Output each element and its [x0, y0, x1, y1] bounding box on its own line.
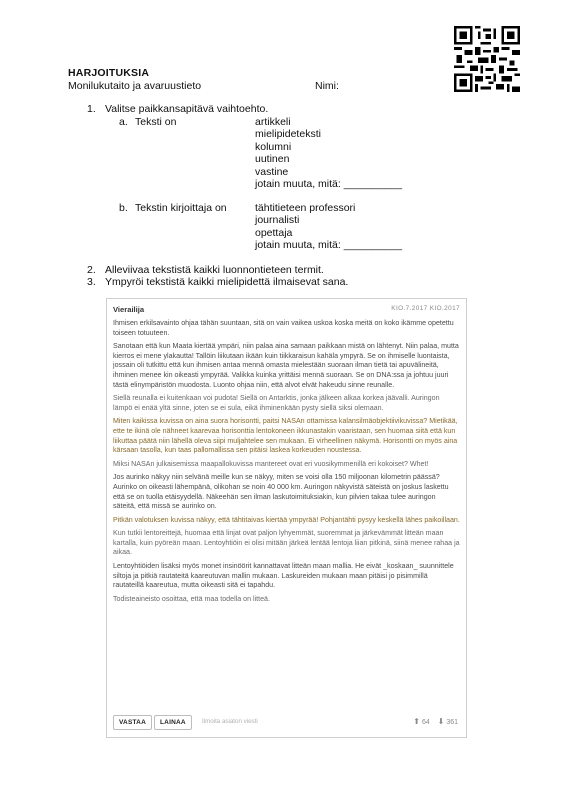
worksheet-title: HARJOITUKSIA [68, 67, 149, 79]
option[interactable]: kolumni [255, 141, 402, 153]
question-text: Ympyröi tekstistä kaikki mielipidettä il… [105, 276, 348, 288]
option-other[interactable]: jotain muuta, mitä: __________ [255, 239, 402, 251]
post-paragraph: Jos aurinko näkyy niin selvänä meille ku… [113, 473, 460, 511]
post-paragraph: Miten kaikissa kuvissa on aina suora hor… [113, 417, 460, 455]
post-paragraph: Siellä reunalla ei kuitenkaan voi pudota… [113, 394, 460, 413]
report-link[interactable]: Ilmoita asiaton viesti [202, 718, 258, 725]
forum-post: Vierailija KIO.7.2017 KIO.2017 Ihmisen e… [106, 298, 467, 738]
option[interactable]: tähtitieteen professori [255, 202, 402, 214]
option-other[interactable]: jotain muuta, mitä: __________ [255, 178, 402, 190]
question-number: 1. [87, 103, 96, 115]
post-header: Vierailija KIO.7.2017 KIO.2017 [113, 305, 460, 317]
question-text: Valitse paikkansapitävä vaihtoehto. [105, 103, 268, 115]
arrow-up-icon[interactable]: ⬆ [413, 717, 420, 726]
question-text: Alleviivaa tekstistä kaikki luonnontiete… [105, 264, 324, 276]
reply-button[interactable]: VASTAA [113, 715, 152, 730]
part-label: Teksti on [135, 116, 176, 128]
qr-code-icon [454, 26, 520, 92]
question-1a-options: artikkeli mielipideteksti kolumni uutine… [255, 116, 402, 190]
vote-counts: ⬆64 ⬇361 [411, 717, 458, 726]
post-timestamp: KIO.7.2017 KIO.2017 [391, 305, 460, 312]
option[interactable]: artikkeli [255, 116, 402, 128]
post-paragraph: Miksi NASAn julkaisemissa maapallokuviss… [113, 460, 460, 470]
post-author: Vierailija [113, 305, 144, 314]
option[interactable]: opettaja [255, 227, 402, 239]
post-paragraph: Lentoyhtiöiden lisäksi myös monet insinö… [113, 562, 460, 591]
post-paragraph: Sanotaan että kun Maata kiertää ympäri, … [113, 342, 460, 390]
upvote-count: 64 [422, 719, 430, 726]
question-number: 2. [87, 264, 96, 276]
part-letter: a. [119, 116, 128, 128]
post-paragraph: Kun tutkii lentoreittejä, huomaa että li… [113, 529, 460, 558]
part-letter: b. [119, 202, 128, 214]
question-number: 3. [87, 276, 96, 288]
post-paragraph: Ihmisen erkilsavainto ohjaa tähän suunta… [113, 319, 460, 338]
post-paragraph: Pitkän valotuksen kuvissa näkyy, että tä… [113, 516, 460, 526]
post-footer: VASTAA LAINAA Ilmoita asiaton viesti ⬆64… [113, 715, 460, 730]
quote-button[interactable]: LAINAA [154, 715, 192, 730]
post-paragraph: Todisteaineisto osoittaa, että maa todel… [113, 595, 460, 605]
arrow-down-icon[interactable]: ⬇ [438, 717, 445, 726]
part-label: Tekstin kirjoittaja on [135, 202, 227, 214]
option[interactable]: uutinen [255, 153, 402, 165]
question-1b-options: tähtitieteen professori journalisti opet… [255, 202, 402, 252]
post-body: Ihmisen erkilsavainto ohjaa tähän suunta… [113, 319, 460, 608]
name-label: Nimi: [315, 80, 339, 92]
option[interactable]: mielipideteksti [255, 128, 402, 140]
option[interactable]: journalisti [255, 214, 402, 226]
option[interactable]: vastine [255, 166, 402, 178]
worksheet-subtitle: Monilukutaito ja avaruustieto [68, 80, 201, 92]
downvote-count: 361 [446, 719, 458, 726]
